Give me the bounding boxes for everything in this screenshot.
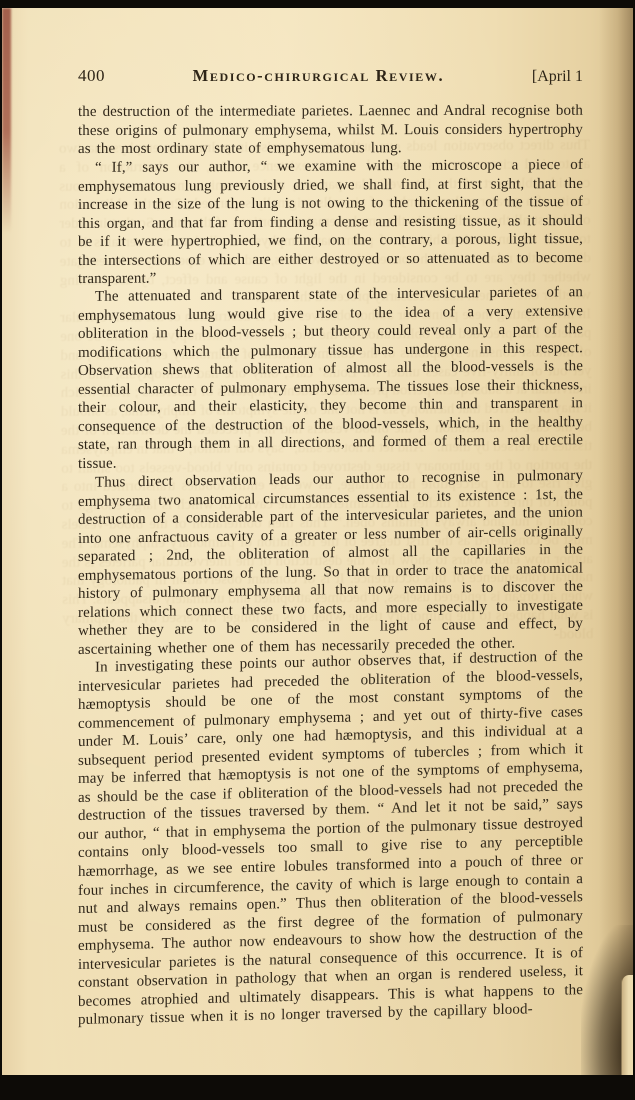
running-header: 400 Medico-chirurgical Review. [April 1 [78,66,583,86]
paragraph: In investigating these points our author… [78,648,583,1031]
issue-date: [April 1 [532,68,583,86]
paragraph: “ If,” says our author, “ we examine wit… [78,156,583,289]
paragraph: Thus direct observation leads our author… [78,466,583,659]
paragraph: The attenuated and transparent state of … [78,284,583,474]
paper-sheet: Thus direct observation leads our author… [2,8,633,1075]
paragraph: the destruction of the intermediate pari… [78,102,583,159]
scanned-book-page: Thus direct observation leads our author… [0,0,635,1100]
spine-edge [2,8,11,233]
page-body-text: the destruction of the intermediate pari… [78,103,583,1030]
next-page-edge [621,975,633,1075]
journal-title: Medico-chirurgical Review. [105,66,532,86]
page-number: 400 [78,66,105,86]
page-curl-shading [599,8,633,1075]
